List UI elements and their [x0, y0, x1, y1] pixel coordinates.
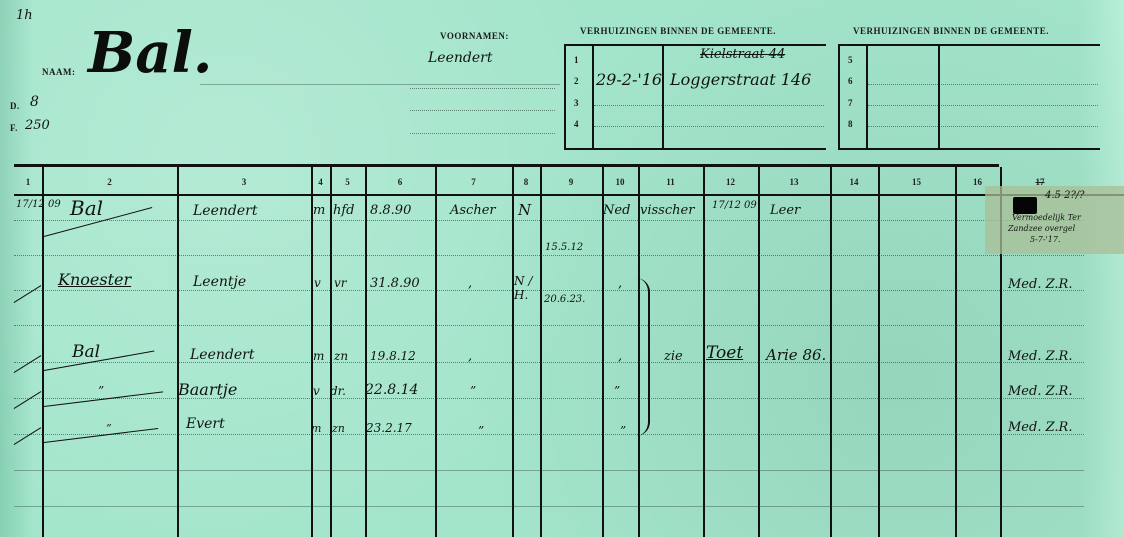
col-num-7: 7: [435, 177, 512, 187]
d-label: D.: [10, 101, 20, 111]
row1-relation: hfd: [333, 203, 355, 218]
row2-marriage-date: 20.6.23.: [544, 294, 585, 305]
row2-birthplace: ,: [468, 276, 472, 291]
row4-remark: Med. Z.R.: [1008, 384, 1072, 399]
row3-see-label: zie: [664, 349, 683, 364]
d-value: 8: [30, 94, 39, 110]
redacted-block: [1013, 197, 1037, 214]
row3-birthdate: 19.8.12: [370, 349, 416, 363]
row1-occupation: visscher: [640, 203, 694, 218]
col-num-15: 15: [878, 177, 955, 187]
row1-date: 17/12 09: [16, 200, 42, 210]
move-num-5: 5: [848, 55, 853, 65]
col-num-8: 8: [512, 177, 540, 187]
row1-religion: N: [518, 201, 531, 219]
row3-see-surname: Toet: [706, 343, 743, 363]
f-label: F.: [10, 123, 18, 133]
row4-nationality-ditto: ”: [614, 384, 620, 398]
col-num-2: 2: [42, 177, 177, 187]
f-value: 250: [25, 118, 50, 133]
row5-surname-ditto: ”: [106, 422, 112, 435]
col-num-10: 10: [602, 177, 638, 187]
row3-relation: zn: [334, 349, 348, 363]
surname-value: Bal.: [88, 20, 212, 86]
col-num-1: 1: [14, 177, 42, 187]
row1-arrival-date: 17/12 09: [712, 201, 752, 211]
row4-firstname: Baartje: [178, 380, 237, 399]
row1-origin: Leer: [770, 203, 800, 218]
stamp-note-line2: Vermoedelijk Ter: [1012, 213, 1081, 222]
col-num-12: 12: [703, 177, 758, 187]
move-date-2: 29-2-'16: [596, 70, 662, 89]
moves-right-title: VERHUIZINGEN BINNEN DE GEMEENTE.: [853, 26, 1049, 36]
row2-relation: vr: [334, 276, 347, 290]
move-num-8: 8: [848, 119, 853, 129]
row1-marriage-date: 15.5.12: [545, 242, 583, 253]
col-num-6: 6: [365, 177, 435, 187]
col-num-5: 5: [330, 177, 365, 187]
move-num-6: 6: [848, 76, 853, 86]
family-group-brace: [636, 278, 650, 436]
row1-firstname: Leendert: [193, 203, 257, 219]
move-num-7: 7: [848, 98, 853, 108]
col-num-9: 9: [540, 177, 602, 187]
row3-see-firstname: Arie 86.: [766, 346, 826, 364]
row1-surname: Bal: [70, 196, 103, 220]
row1-nationality: Ned: [603, 203, 630, 218]
row4-surname-ditto: ”: [98, 384, 104, 398]
col-num-3: 3: [177, 177, 311, 187]
stamp-note-line3: Zandzee overgel: [1008, 224, 1075, 233]
row4-birthdate: 22.8.14: [365, 382, 418, 398]
row3-nationality: ,: [618, 349, 622, 364]
row5-birthplace-ditto: ”: [478, 424, 484, 438]
move-num-3: 3: [574, 98, 579, 108]
row1-birthplace: Ascher: [450, 203, 496, 218]
move-address-2: Loggerstraat 146: [670, 70, 811, 89]
voornamen-label: VOORNAMEN:: [440, 31, 509, 41]
moves-left-title: VERHUIZINGEN BINNEN DE GEMEENTE.: [580, 26, 776, 36]
row4-relation: dr.: [330, 384, 346, 398]
row5-firstname: Evert: [186, 416, 225, 432]
col-num-13: 13: [758, 177, 830, 187]
row5-sex: m: [311, 422, 321, 435]
row3-firstname: Leendert: [190, 347, 254, 363]
col-num-11: 11: [638, 177, 703, 187]
first-name-value: Leendert: [428, 50, 492, 66]
row2-surname: Knoester: [58, 270, 131, 289]
row4-sex: v: [313, 384, 320, 398]
row4-birthplace-ditto: ”: [470, 384, 476, 398]
row2-firstname: Leentje: [193, 274, 246, 290]
row3-sex: m: [313, 349, 324, 363]
corner-note: 1h: [16, 8, 33, 23]
move-num-1: 1: [574, 55, 579, 65]
move-num-4: 4: [574, 119, 579, 129]
row1-birthdate: 8.8.90: [370, 203, 411, 218]
row3-birthplace: ,: [468, 349, 472, 364]
row5-remark: Med. Z.R.: [1008, 420, 1072, 435]
row2-birthdate: 31.8.90: [370, 276, 420, 291]
row2-nationality: ,: [618, 276, 622, 291]
row2-religion: N / H.: [514, 274, 540, 302]
move-address-1: Kielstraat 44: [700, 47, 785, 62]
row2-remark: Med. Z.R.: [1008, 277, 1072, 292]
stamp-note-line4: 5-7-'17.: [1030, 235, 1061, 244]
row2-sex: v: [314, 276, 321, 290]
row1-sex: m: [313, 203, 325, 218]
move-num-2: 2: [574, 76, 579, 86]
col-num-4: 4: [311, 177, 330, 187]
row5-birthdate: 23.2.17: [366, 421, 412, 435]
naam-label: NAAM:: [42, 67, 76, 77]
row5-nationality-ditto: ”: [620, 424, 626, 438]
row3-surname: Bal: [72, 342, 100, 362]
row3-remark: Med. Z.R.: [1008, 349, 1072, 364]
row5-relation: zn: [332, 422, 345, 435]
stamp-note-line1: 4.5 2?/?: [1045, 190, 1085, 201]
col-num-14: 14: [830, 177, 878, 187]
